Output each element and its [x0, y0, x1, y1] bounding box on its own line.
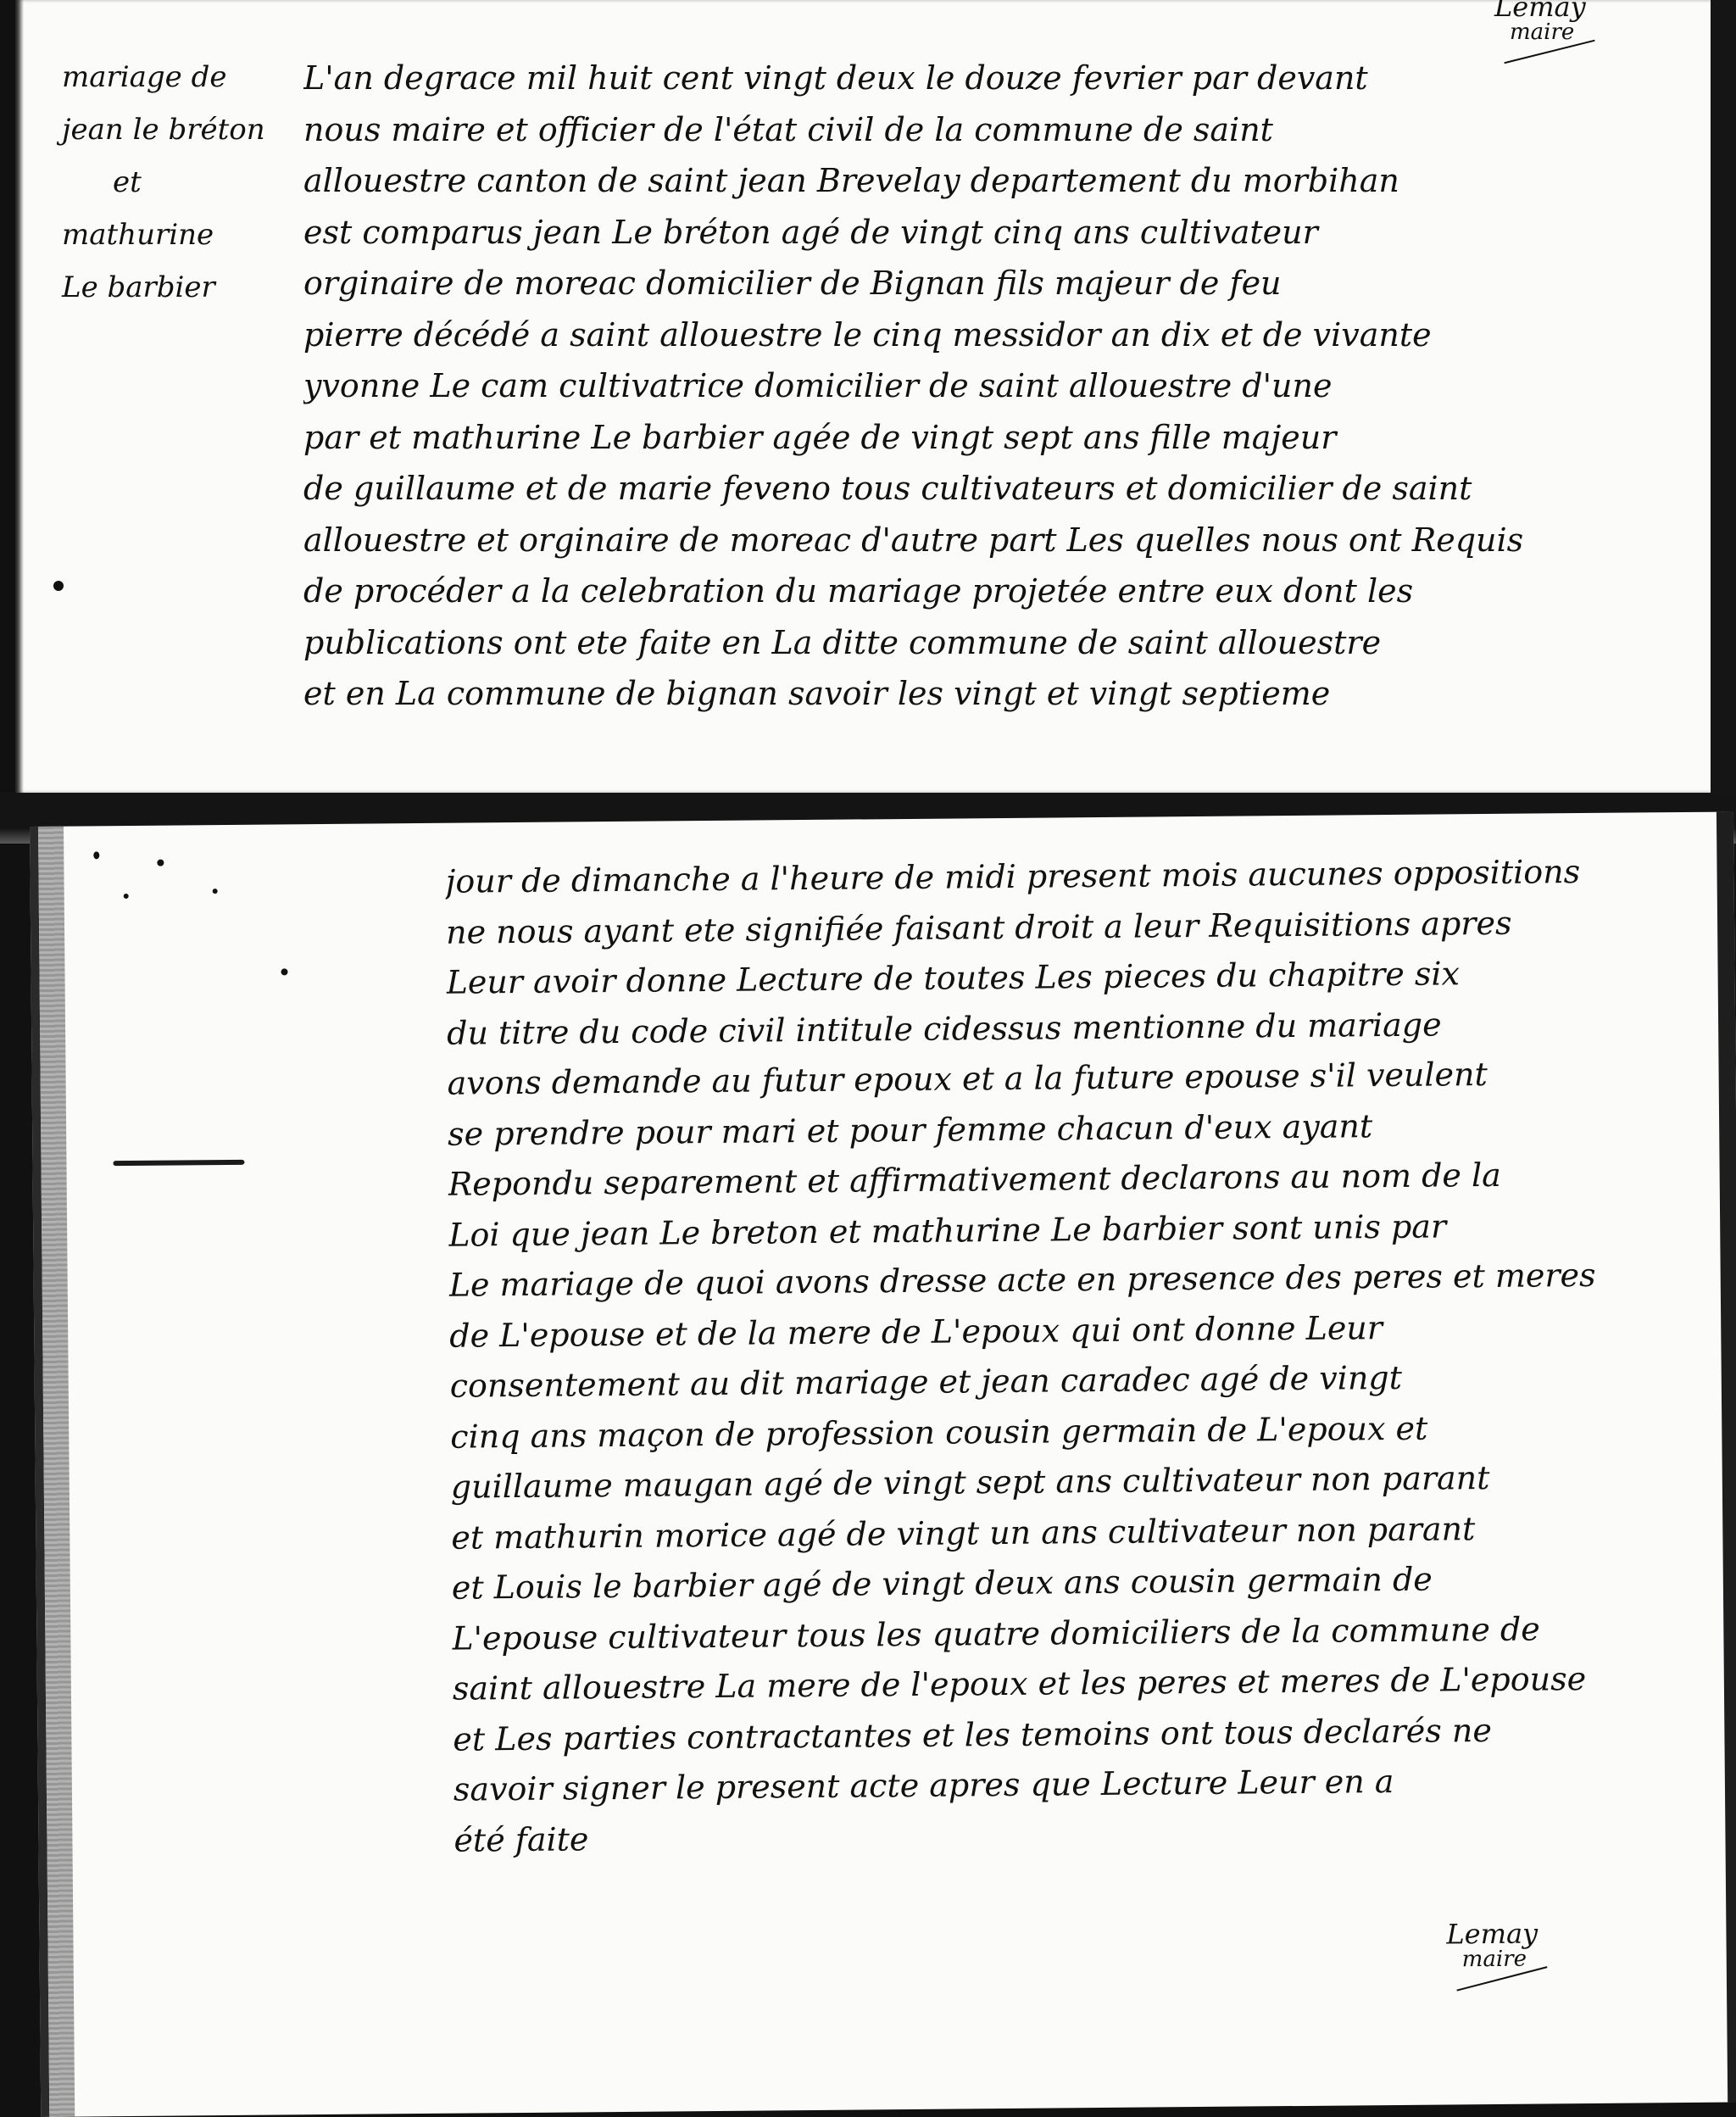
- ink-speck: [93, 851, 99, 859]
- signature-name: Lemay: [1446, 1919, 1548, 1947]
- margin-note-line: jean le bréton: [62, 103, 316, 156]
- text-line: de guillaume et de marie feveno tous cul…: [303, 463, 1694, 515]
- margin-note-line: mathurine: [62, 209, 316, 261]
- register-page-bottom: jour de dimanche a l'heure de midi prese…: [30, 811, 1736, 2116]
- signature-name: Lemay: [1494, 0, 1596, 20]
- ink-blot: [53, 581, 64, 591]
- signature-title: maire: [1447, 1947, 1549, 1971]
- ink-speck: [124, 894, 129, 899]
- signature-title: maire: [1494, 20, 1596, 44]
- margin-note-line: Le barbier: [62, 261, 316, 314]
- text-line: orginaire de moreac domicilier de Bignan…: [303, 258, 1694, 309]
- text-line: nous maire et officier de l'état civil d…: [303, 104, 1694, 156]
- text-line: yvonne Le cam cultivatrice domicilier de…: [303, 360, 1694, 412]
- text-line: publications ont ete faite en La ditte c…: [303, 617, 1694, 669]
- text-line: allouestre canton de saint jean Brevelay…: [303, 155, 1694, 207]
- text-line: et en La commune de bignan savoir les vi…: [303, 668, 1694, 720]
- ink-speck: [157, 860, 164, 866]
- act-text-top: L'an degrace mil huit cent vingt deux le…: [303, 53, 1694, 720]
- ink-speck: [281, 968, 287, 975]
- margin-note: mariage de jean le bréton et mathurine L…: [62, 51, 316, 314]
- text-line: allouestre et orginaire de moreac d'autr…: [303, 515, 1694, 566]
- text-line: pierre décédé a saint allouestre le cinq…: [303, 309, 1694, 361]
- register-page-top: Lemay maire mariage de jean le bréton et…: [15, 0, 1736, 793]
- mayor-signature-top: Lemay maire: [1494, 0, 1596, 53]
- text-line: par et mathurine Le barbier agée de ving…: [303, 412, 1694, 464]
- ink-speck: [213, 889, 218, 894]
- text-line: L'an degrace mil huit cent vingt deux le…: [303, 53, 1694, 104]
- mayor-signature-bottom: Lemay maire: [1446, 1919, 1549, 1980]
- margin-dash-mark: [113, 1160, 244, 1166]
- text-line: est comparus jean Le bréton agé de vingt…: [303, 207, 1694, 259]
- text-line: de procéder a la celebration du mariage …: [303, 565, 1694, 617]
- act-text-bottom: jour de dimanche a l'heure de midi prese…: [445, 846, 1708, 1866]
- margin-note-line: mariage de: [62, 51, 316, 103]
- margin-note-line: et: [62, 156, 316, 209]
